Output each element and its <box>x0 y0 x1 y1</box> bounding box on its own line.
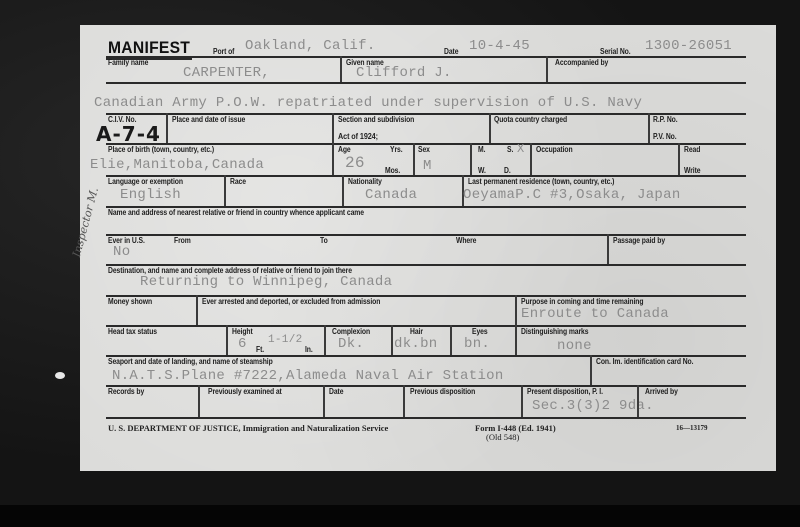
height-ft-value: 6 <box>238 336 247 352</box>
rp-label: R.P. No. <box>653 115 678 124</box>
purpose-label: Purpose in coming and time remaining <box>521 297 643 306</box>
headtax-label: Head tax status <box>108 327 157 336</box>
present-disp-label: Present disposition, P. I. <box>527 387 603 396</box>
port-value: Oakland, Calif. <box>245 38 376 54</box>
purpose-value: Enroute to Canada <box>521 306 669 322</box>
rule <box>106 325 746 327</box>
destination-value: Returning to Winnipeg, Canada <box>140 274 392 290</box>
ever-value: No <box>113 244 130 260</box>
given-name-value: Clifford J. <box>356 65 452 81</box>
footer-department: U. S. DEPARTMENT OF JUSTICE, Immigration… <box>108 423 388 433</box>
divider <box>340 56 342 83</box>
port-label: Port of <box>213 47 234 56</box>
manifest-card: MANIFEST Port of Oakland, Calif. Date 10… <box>80 25 776 471</box>
records-label: Records by <box>108 387 144 396</box>
footer-print-code: 16—13179 <box>676 424 708 432</box>
where-label: Where <box>456 236 476 245</box>
date2-label: Date <box>329 387 343 396</box>
seaport-label: Seaport and date of landing, and name of… <box>108 357 273 366</box>
conim-label: Con. Im. identification card No. <box>596 357 693 366</box>
sex-value: M <box>423 158 432 174</box>
place-date-issue-label: Place and date of issue <box>172 115 245 124</box>
divider <box>198 385 200 417</box>
divider <box>648 113 650 143</box>
divider <box>489 113 491 143</box>
write-label: Write <box>684 166 700 175</box>
family-name-value: CARPENTER, <box>183 65 270 81</box>
sex-label: Sex <box>418 145 430 154</box>
pv-label: P.V. No. <box>653 132 677 141</box>
complexion-label: Complexion <box>332 327 370 336</box>
age-value: 26 <box>345 154 365 172</box>
marks-value: none <box>557 338 592 354</box>
d-label: D. <box>504 166 511 175</box>
hair-label: Hair <box>410 327 423 336</box>
race-label: Race <box>230 177 246 186</box>
serial-value: 1300-26051 <box>645 38 732 54</box>
divider <box>546 56 548 83</box>
eyes-label: Eyes <box>472 327 488 336</box>
divider <box>323 385 325 417</box>
arrived-label: Arrived by <box>645 387 678 396</box>
rule <box>106 417 746 419</box>
language-label: Language or exemption <box>108 177 183 186</box>
eyes-value: bn. <box>464 336 490 352</box>
form-title: MANIFEST <box>108 38 190 58</box>
divider <box>324 325 326 355</box>
divider <box>332 113 334 143</box>
seaport-value: N.A.T.S.Plane #7222,Alameda Naval Air St… <box>112 368 504 384</box>
divider <box>332 143 334 175</box>
accompanied-by-label: Accompanied by <box>555 58 608 67</box>
marks-label: Distinguishing marks <box>521 327 588 336</box>
birth-label: Place of birth (town, country, etc.) <box>108 145 214 154</box>
date-value: 10-4-45 <box>469 38 530 54</box>
divider <box>403 385 405 417</box>
m-label: M. <box>478 145 485 154</box>
divider <box>196 295 198 325</box>
quota-label: Quota country charged <box>494 115 567 124</box>
rule <box>106 82 746 84</box>
in-label: In. <box>305 345 313 354</box>
serial-label: Serial No. <box>600 47 631 56</box>
ft-label: Ft. <box>256 345 264 354</box>
family-name-label: Family name <box>108 58 148 67</box>
age-label: Age <box>338 145 351 154</box>
divider <box>515 325 517 355</box>
mos-label: Mos. <box>385 166 400 175</box>
residence-value: OeyamaP.C #3,Osaka, Japan <box>463 187 681 203</box>
divider <box>413 143 415 175</box>
divider <box>470 143 472 175</box>
height-in-value: 1-1/2 <box>268 334 303 346</box>
divider <box>678 143 680 175</box>
read-label: Read <box>684 145 700 154</box>
from-label: From <box>174 236 191 245</box>
present-disp-value: Sec.3(3)2 9da. <box>532 398 654 414</box>
language-value: English <box>120 187 181 203</box>
prev-exam-label: Previously examined at <box>208 387 282 396</box>
birth-value: Elie,Manitoba,Canada <box>90 157 264 173</box>
divider <box>590 355 592 385</box>
divider <box>450 325 452 355</box>
divider <box>515 295 517 325</box>
yrs-label: Yrs. <box>390 145 403 154</box>
divider <box>530 143 532 175</box>
nationality-label: Nationality <box>348 177 382 186</box>
date-label: Date <box>444 47 458 56</box>
scan-speck <box>55 372 65 379</box>
hair-value: dk.bn <box>394 336 438 352</box>
remark-text: Canadian Army P.O.W. repatriated under s… <box>94 95 642 111</box>
prev-disp-label: Previous disposition <box>410 387 475 396</box>
occupation-label: Occupation <box>536 145 573 154</box>
divider <box>342 175 344 206</box>
divider <box>226 325 228 355</box>
complexion-value: Dk. <box>338 336 364 352</box>
divider <box>166 113 168 143</box>
w-label: W. <box>478 166 486 175</box>
rule <box>106 175 746 177</box>
residence-label: Last permanent residence (town, country,… <box>468 177 614 186</box>
arrested-label: Ever arrested and deported, or excluded … <box>202 297 380 306</box>
divider <box>391 325 393 355</box>
s-value: X <box>517 142 525 156</box>
footer-old-number: (Old 548) <box>486 432 519 442</box>
divider <box>224 175 226 206</box>
scan-bottom-band <box>0 505 800 527</box>
to-label: To <box>320 236 328 245</box>
s-label: S. <box>507 145 513 154</box>
header-rule <box>106 56 746 58</box>
height-label: Height <box>232 327 253 336</box>
divider <box>607 234 609 264</box>
passage-label: Passage paid by <box>613 236 665 245</box>
divider <box>521 385 523 417</box>
money-label: Money shown <box>108 297 152 306</box>
act-label: Act of 1924; <box>338 131 378 141</box>
nationality-value: Canada <box>365 187 417 203</box>
relative-label: Name and address of nearest relative or … <box>108 208 364 217</box>
section-label: Section and subdivision <box>338 115 414 124</box>
divider <box>637 385 639 417</box>
